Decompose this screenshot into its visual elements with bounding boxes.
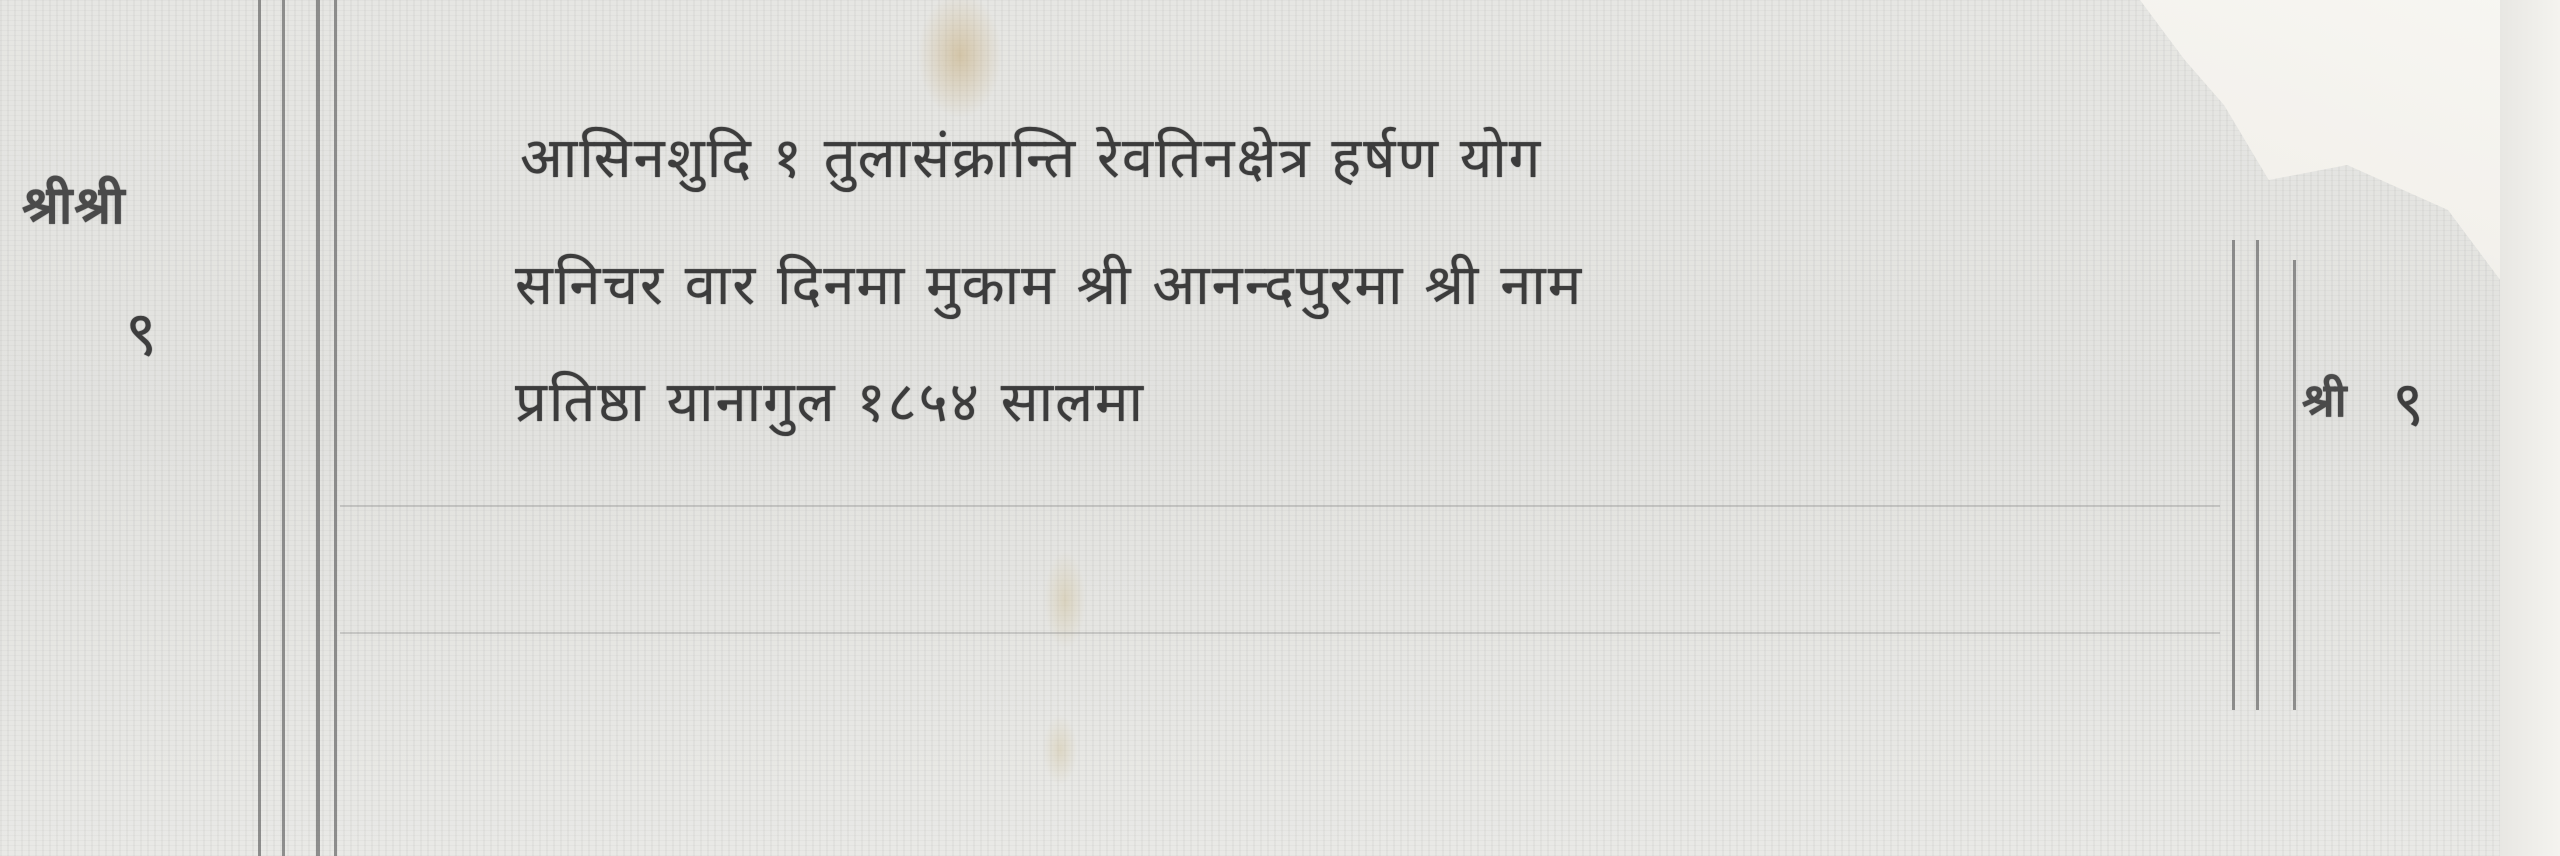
left-margin-shri-mark: श्रीश्री — [22, 168, 127, 239]
faint-rule — [340, 505, 2220, 507]
right-border-rule-2 — [2256, 240, 2259, 710]
body-line-3: प्रतिष्ठा यानागुल १८५४ सालमा — [515, 362, 1145, 438]
left-border-rule-4 — [334, 0, 337, 856]
left-border-rule-1 — [258, 0, 261, 856]
left-border-rule-2 — [282, 0, 285, 856]
right-margin-shri-mark: श्री — [2302, 368, 2348, 430]
right-border-rule-1 — [2232, 240, 2235, 710]
body-line-2: सनिचर वार दिनमा मुकाम श्री आनन्दपुरमा श्… — [515, 245, 1583, 321]
manuscript-page: श्रीश्री ९ श्री ९ आसिनशुदि १ तुलासंक्रान… — [0, 0, 2560, 856]
faint-rule — [340, 632, 2220, 634]
right-folio-number: ९ — [2392, 360, 2426, 444]
left-border-rule-3 — [316, 0, 320, 856]
left-folio-number: ९ — [125, 290, 159, 374]
torn-paper-corner — [2000, 0, 2560, 300]
right-edge-strip — [2500, 0, 2560, 856]
body-line-1: आसिनशुदि १ तुलासंक्रान्ति रेवतिनक्षेत्र … — [520, 118, 1542, 194]
right-border-rule-3 — [2293, 260, 2296, 710]
